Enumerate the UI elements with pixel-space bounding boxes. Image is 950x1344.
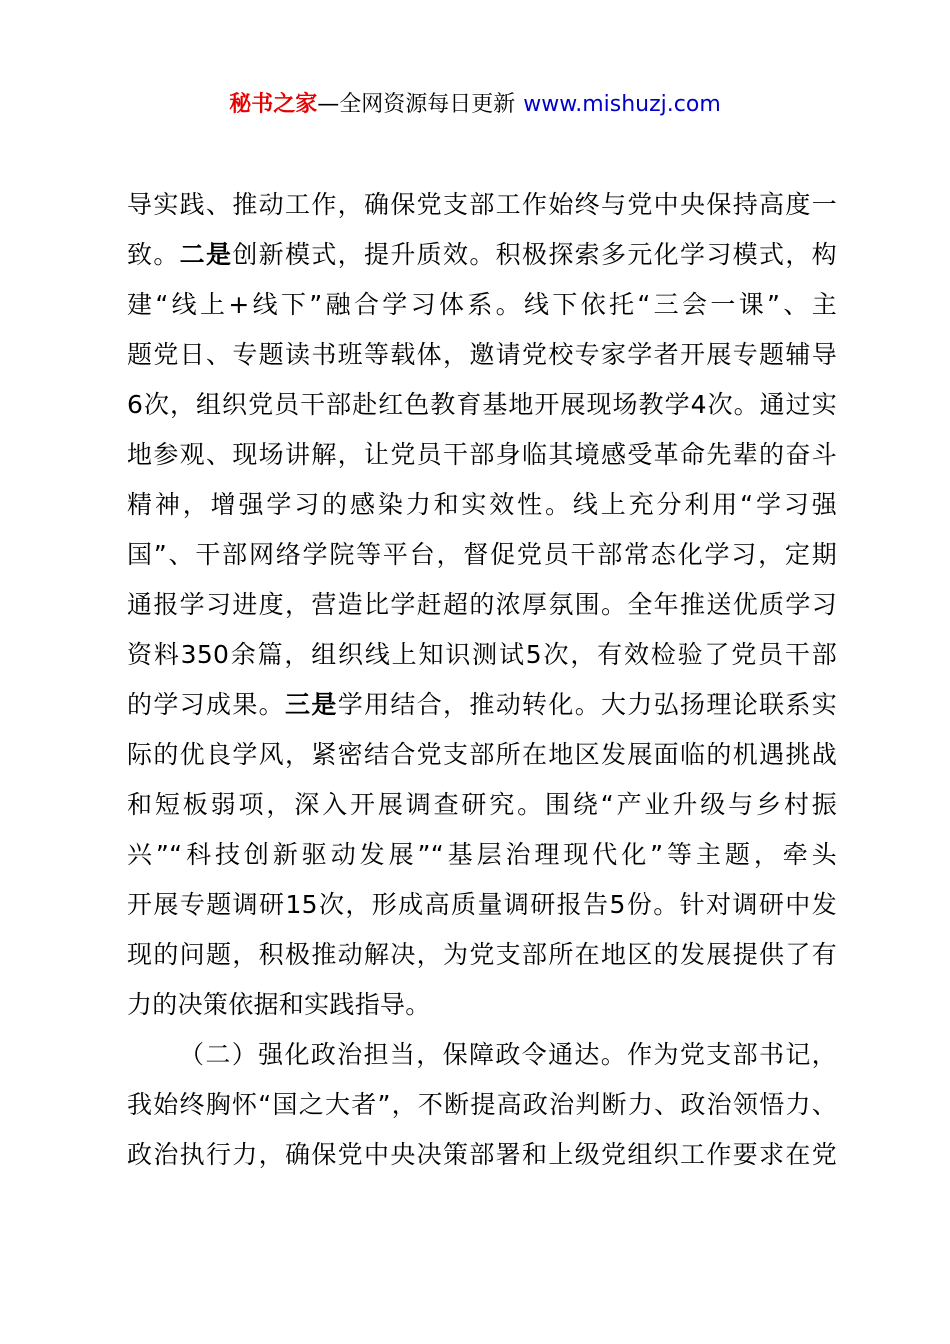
text-line: 致。二是创新模式，提升质效。积极探索多元化学习模式，构: [127, 230, 837, 280]
text-line: 际的优良学风，紧密结合党支部所在地区发展面临的机遇挑战: [127, 730, 837, 780]
text-line: 题党日、专题读书班等载体，邀请党校专家学者开展专题辅导: [127, 330, 837, 380]
text-line: 力的决策依据和实践指导。: [127, 980, 837, 1030]
text-segment: 的学习成果。: [127, 690, 285, 719]
text-line: 6次，组织党员干部赴红色教育基地开展现场教学4次。通过实: [127, 380, 837, 430]
site-header: 秘书之家—全网资源每日更新www.mishuzj.com: [0, 88, 950, 122]
text-segment: 学用结合，推动转化。大力弘扬理论联系实: [338, 690, 837, 719]
text-line: 地参观、现场讲解，让党员干部身临其境感受革命先辈的奋斗: [127, 430, 837, 480]
text-segment: 致。: [127, 240, 180, 269]
site-url-link[interactable]: www.mishuzj.com: [523, 92, 720, 117]
bold-lead: 三是: [285, 690, 338, 719]
site-slogan: —全网资源每日更新: [317, 92, 515, 117]
text-line: 政治执行力，确保党中央决策部署和上级党组织工作要求在党: [127, 1130, 837, 1180]
text-segment: 创新模式，提升质效。积极探索多元化学习模式，构: [232, 240, 837, 269]
text-line: 国”、干部网络学院等平台，督促党员干部常态化学习，定期: [127, 530, 837, 580]
text-line: 精神，增强学习的感染力和实效性。线上充分利用“学习强: [127, 480, 837, 530]
bold-lead: 二是: [180, 240, 233, 269]
text-line: 和短板弱项，深入开展调查研究。围绕“产业升级与乡村振: [127, 780, 837, 830]
site-brand: 秘书之家: [229, 92, 317, 117]
text-line: 兴”“科技创新驱动发展”“基层治理现代化”等主题，牵头: [127, 830, 837, 880]
text-line: 资料350余篇，组织线上知识测试5次，有效检验了党员干部: [127, 630, 837, 680]
text-line: 开展专题调研15次，形成高质量调研报告5份。针对调研中发: [127, 880, 837, 930]
text-line: 建“线上+线下”融合学习体系。线下依托“三会一课”、主: [127, 280, 837, 330]
document-body: 导实践、推动工作，确保党支部工作始终与党中央保持高度一 致。二是创新模式，提升质…: [127, 180, 837, 1180]
text-line: 的学习成果。三是学用结合，推动转化。大力弘扬理论联系实: [127, 680, 837, 730]
text-line: 我始终胸怀“国之大者”，不断提高政治判断力、政治领悟力、: [127, 1080, 837, 1130]
text-line: 现的问题，积极推动解决，为党支部所在地区的发展提供了有: [127, 930, 837, 980]
section-heading-line: （二）强化政治担当，保障政令通达。作为党支部书记，: [127, 1030, 837, 1080]
text-line: 通报学习进度，营造比学赶超的浓厚氛围。全年推送优质学习: [127, 580, 837, 630]
text-line: 导实践、推动工作，确保党支部工作始终与党中央保持高度一: [127, 180, 837, 230]
